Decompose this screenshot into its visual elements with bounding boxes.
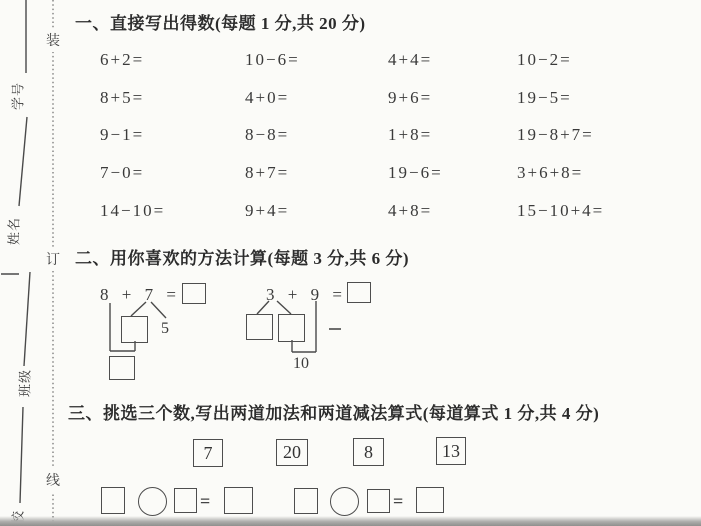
problem-cell: 3+6+8= <box>517 164 583 182</box>
binding-char-xian: 线 <box>45 468 61 492</box>
field-label-name: 姓名 <box>4 217 23 245</box>
equation1-result-box[interactable] <box>224 487 253 514</box>
given-number-box: 7 <box>193 439 223 467</box>
problem-cell: 19−5= <box>517 89 572 107</box>
equation1-equals-sign: = <box>200 492 210 510</box>
equation2-result-box[interactable] <box>416 487 444 513</box>
problem-cell: 10−2= <box>517 51 572 69</box>
section-one-title: 一、直接写出得数(每题 1 分,共 20 分) <box>75 9 366 34</box>
equation1-operand-box-1[interactable] <box>101 487 125 514</box>
page-edge-shadow <box>0 516 701 526</box>
problem-cell: 9+4= <box>245 202 289 220</box>
equation2-operand-box-2[interactable] <box>367 489 390 513</box>
field-label-student-number: 学号 <box>8 82 27 110</box>
problem-cell: 8+5= <box>100 89 144 107</box>
problem-cell: 4+0= <box>245 89 289 107</box>
problem-cell: 1+8= <box>388 126 432 144</box>
section-two-title: 二、用你喜欢的方法计算(每题 3 分,共 6 分) <box>75 244 409 269</box>
equation2-operator-circle[interactable] <box>330 487 359 516</box>
problem-cell: 4+8= <box>388 202 432 220</box>
binding-char-ding: 订 <box>45 247 61 271</box>
section-three-title: 三、挑选三个数,写出两道加法和两道减法算式(每道算式 1 分,共 4 分) <box>68 399 599 424</box>
problem-cell: 6+2= <box>100 51 144 69</box>
problem-cell: 19−6= <box>388 164 443 182</box>
problem-cell: 9−1= <box>100 126 144 144</box>
problem-cell: 4+4= <box>388 51 432 69</box>
field-label-class: 班级 <box>15 369 34 397</box>
given-number-box: 13 <box>436 437 466 465</box>
binding-char-zhuang: 装 <box>45 28 61 52</box>
equation2-equals-sign: = <box>393 492 403 510</box>
problem-cell: 7−0= <box>100 164 144 182</box>
bond-a-split-part: 5 <box>161 320 169 338</box>
bond-b-bond-sum: 10 <box>293 355 309 373</box>
equation2-operand-box-1[interactable] <box>294 488 318 514</box>
given-number: 7 <box>204 443 213 464</box>
equation1-operand-box-2[interactable] <box>174 488 197 513</box>
problem-cell: 14−10= <box>100 202 165 220</box>
problem-cell: 8+7= <box>245 164 289 182</box>
given-number-box: 8 <box>353 438 384 466</box>
given-number: 13 <box>442 441 460 462</box>
field-rule-segment <box>20 407 23 503</box>
bond-b-split-box-right[interactable] <box>278 314 305 342</box>
problem-cell: 8−8= <box>245 126 289 144</box>
equation1-operator-circle[interactable] <box>138 487 167 516</box>
bond-a-split-box[interactable] <box>121 316 148 343</box>
worksheet-page: 装 订 线 学号 姓名 班级 校 一、直接写出得数(每题 1 分,共 20 分)… <box>0 0 701 526</box>
field-rule-segment <box>24 272 30 366</box>
bond-b-result-box[interactable] <box>347 282 371 303</box>
field-rule-segment <box>19 117 27 206</box>
bond-a-expression: 8 + 7 = <box>100 285 179 305</box>
bond-a-sum-box[interactable] <box>109 356 135 380</box>
bond-a-result-box[interactable] <box>182 283 206 304</box>
problem-cell: 10−6= <box>245 51 300 69</box>
bond-b-expression: 3 + 9 = <box>266 285 345 305</box>
problem-cell: 9+6= <box>388 89 432 107</box>
problem-cell: 19−8+7= <box>517 126 594 144</box>
given-number: 20 <box>283 442 301 463</box>
problem-cell: 15−10+4= <box>517 202 604 220</box>
given-number-box: 20 <box>276 439 308 466</box>
bond-b-split-box-left[interactable] <box>246 314 273 340</box>
given-number: 8 <box>364 442 373 463</box>
